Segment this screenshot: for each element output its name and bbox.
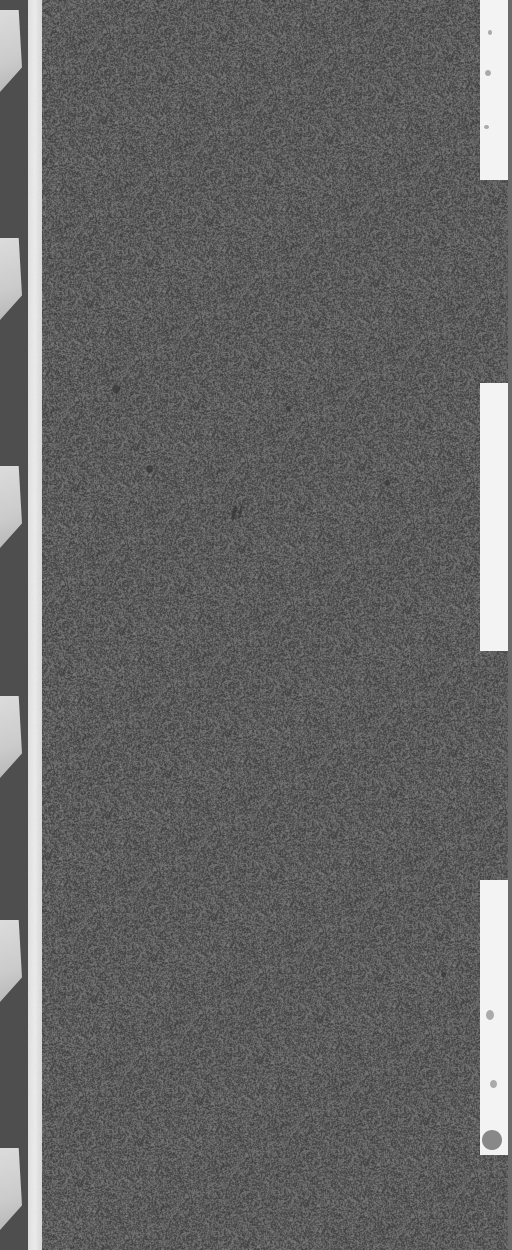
solid-edge-line	[28, 0, 42, 1250]
lane-edge-strip	[508, 0, 512, 1250]
asphalt-texture	[0, 0, 512, 1250]
road-stain	[112, 385, 120, 393]
road-stain	[384, 480, 390, 486]
road-stain	[286, 406, 291, 411]
road-stain	[146, 465, 153, 473]
road-shoulder	[0, 0, 28, 1250]
road-stain	[441, 972, 446, 977]
road-aerial-image	[0, 0, 512, 1250]
